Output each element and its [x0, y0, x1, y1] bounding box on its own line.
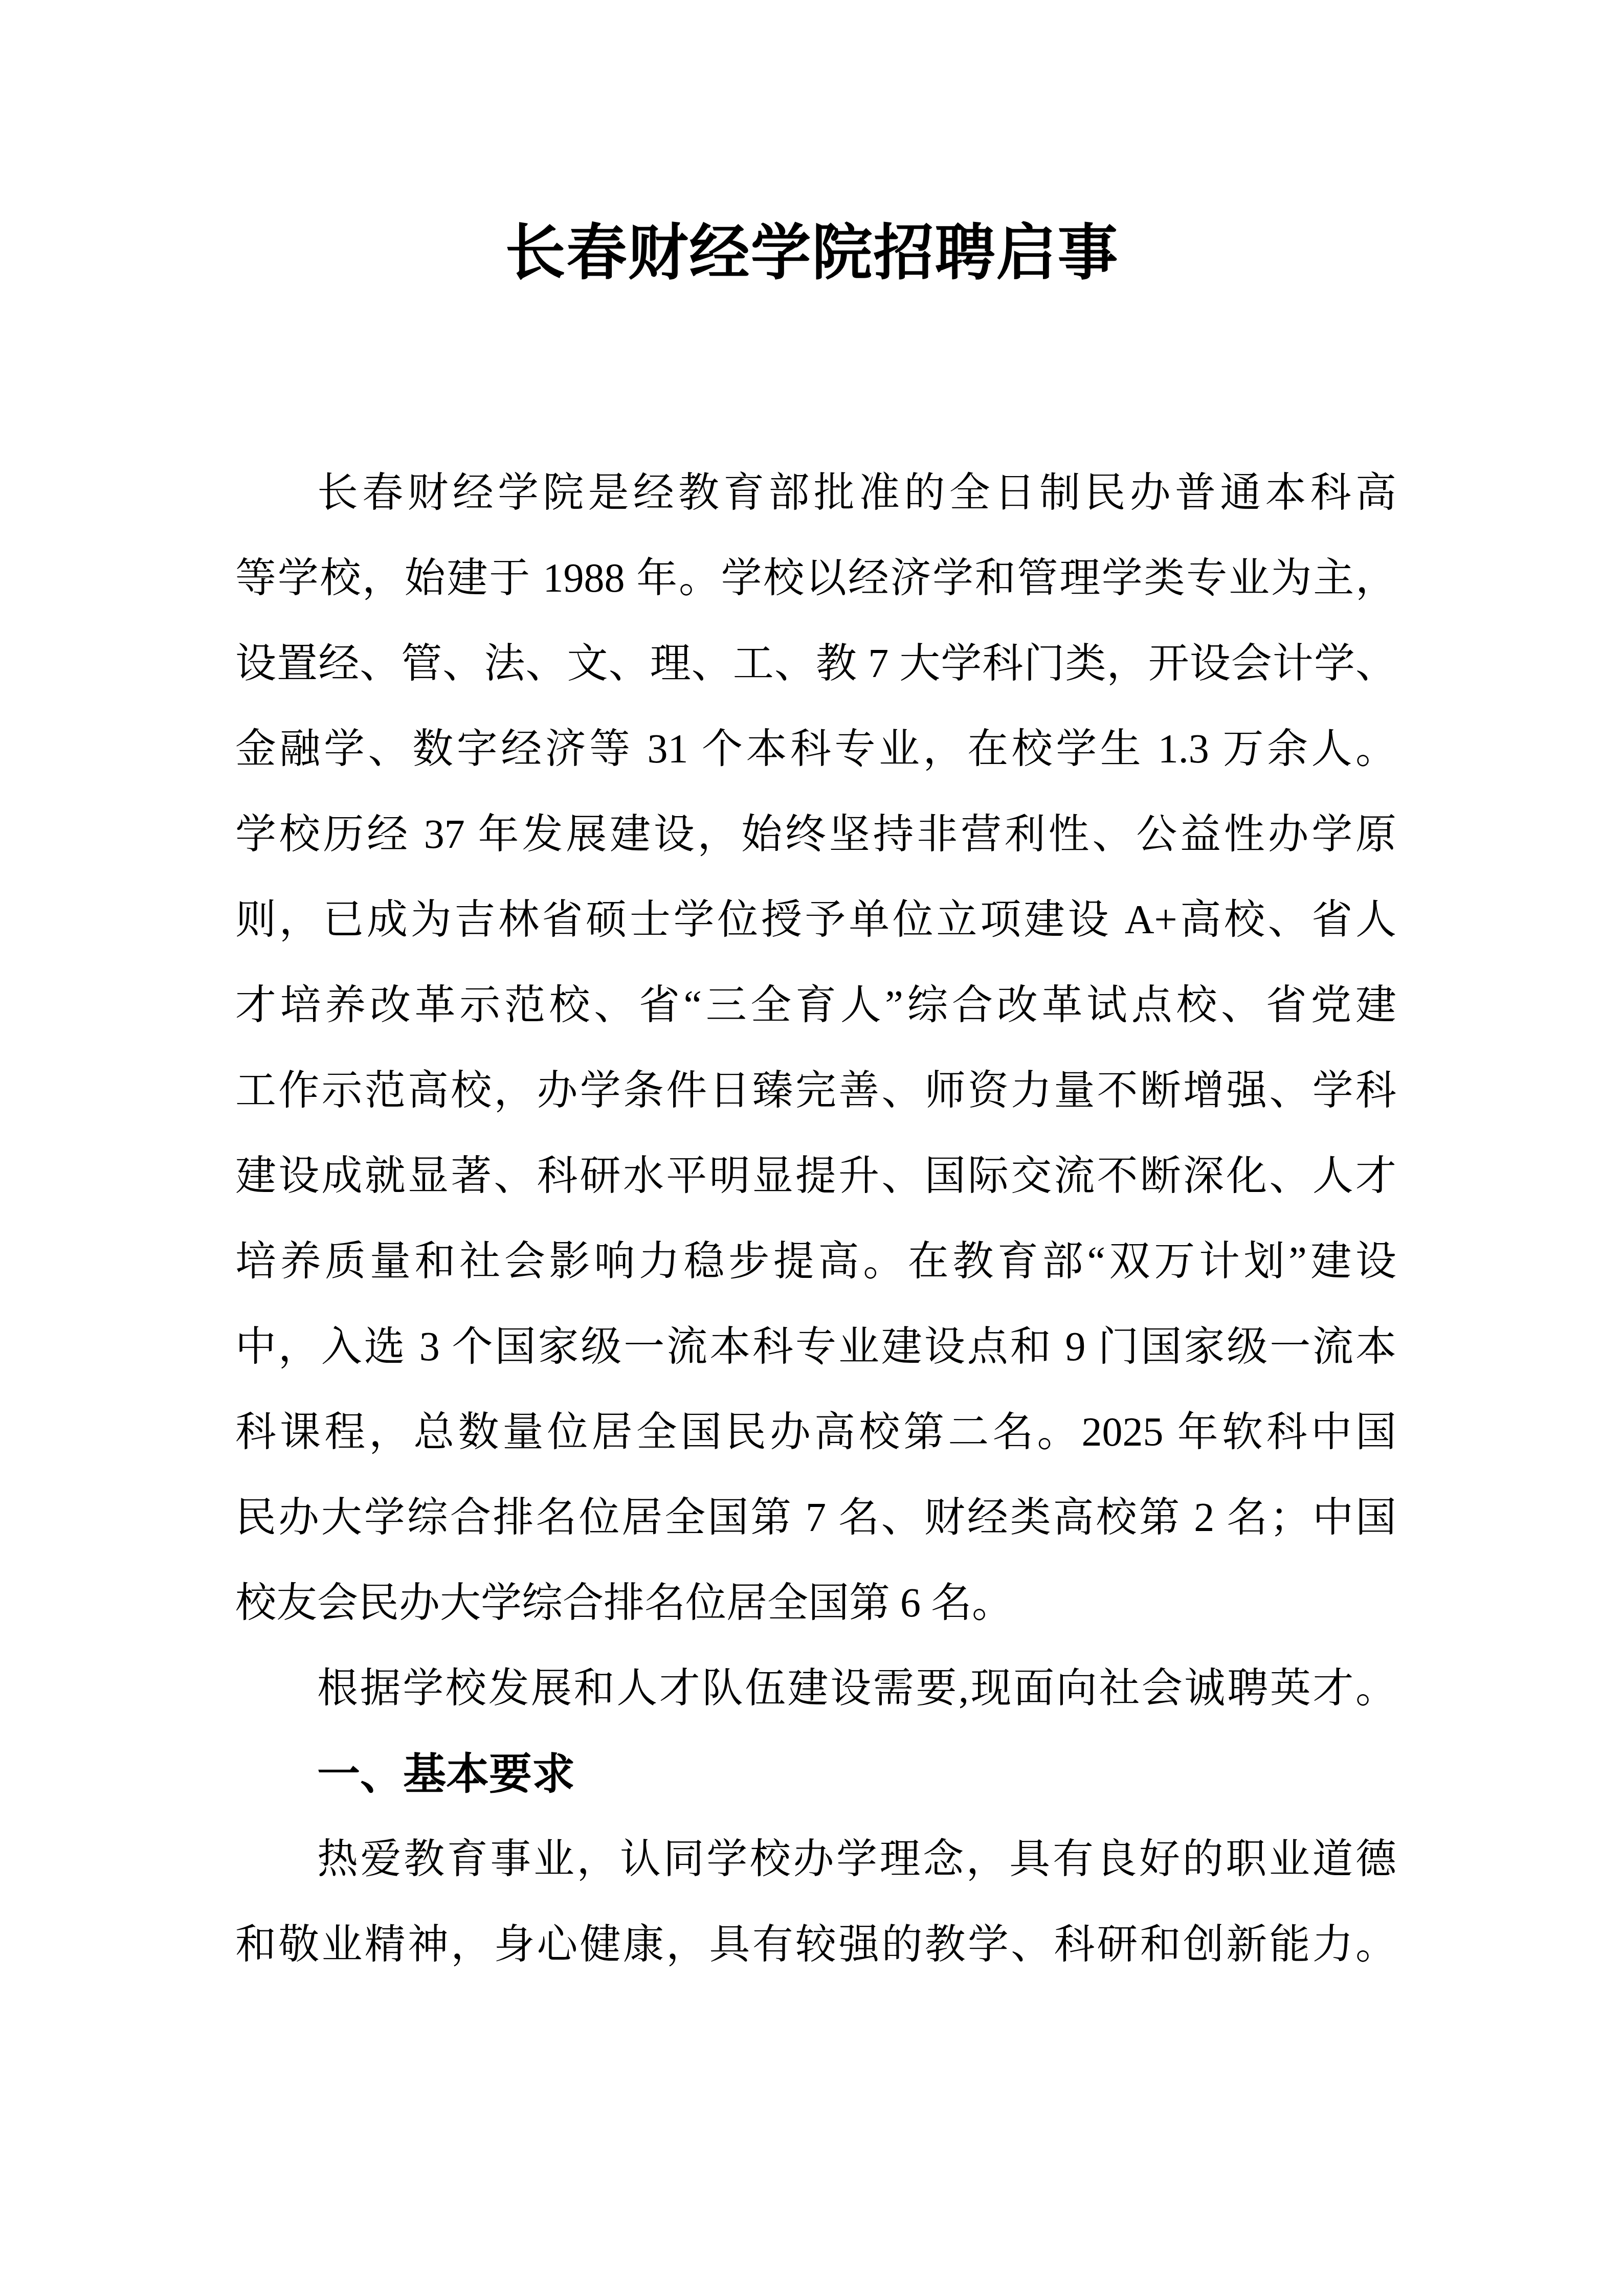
- section-heading: 一、基本要求: [235, 1731, 1396, 1817]
- text-line: 培养质量和社会影响力稳步提高。在教育部“双万计划”建设: [235, 1219, 1396, 1304]
- text-line: 校友会民办大学综合排名位居全国第 6 名。: [235, 1561, 1396, 1646]
- text-line: 中，入选 3 个国家级一流本科专业建设点和 9 门国家级一流本: [235, 1304, 1396, 1390]
- text-line: 长春财经学院是经教育部批准的全日制民办普通本科高: [235, 451, 1396, 536]
- text-line: 设置经、管、法、文、理、工、教 7 大学科门类，开设会计学、: [235, 621, 1396, 707]
- text-line: 科课程，总数量位居全国民办高校第二名。2025 年软科中国: [235, 1390, 1396, 1475]
- document-page: 长春财经学院招聘启事 长春财经学院是经教育部批准的全日制民办普通本科高等学校，始…: [0, 0, 1624, 2296]
- text-line: 热爱教育事业，认同学校办学理念，具有良好的职业道德: [235, 1817, 1396, 1902]
- text-line: 才培养改革示范校、省“三全育人”综合改革试点校、省党建: [235, 963, 1396, 1048]
- text-line: 和敬业精神，身心健康，具有较强的教学、科研和创新能力。: [235, 1902, 1396, 1988]
- text-line: 学校历经 37 年发展建设，始终坚持非营利性、公益性办学原: [235, 792, 1396, 877]
- text-line: 则，已成为吉林省硕士学位授予单位立项建设 A+高校、省人: [235, 877, 1396, 963]
- text-line: 金融学、数字经济等 31 个本科专业，在校学生 1.3 万余人。: [235, 707, 1396, 792]
- text-line: 根据学校发展和人才队伍建设需要,现面向社会诚聘英才。: [235, 1646, 1396, 1731]
- text-line: 建设成就显著、科研水平明显提升、国际交流不断深化、人才: [235, 1134, 1396, 1219]
- document-body: 长春财经学院是经教育部批准的全日制民办普通本科高等学校，始建于 1988 年。学…: [235, 451, 1396, 1988]
- document-title: 长春财经学院招聘启事: [0, 217, 1624, 290]
- text-line: 工作示范高校，办学条件日臻完善、师资力量不断增强、学科: [235, 1048, 1396, 1134]
- text-line: 民办大学综合排名位居全国第 7 名、财经类高校第 2 名；中国: [235, 1475, 1396, 1561]
- text-line: 等学校，始建于 1988 年。学校以经济学和管理学类专业为主，: [235, 536, 1396, 621]
